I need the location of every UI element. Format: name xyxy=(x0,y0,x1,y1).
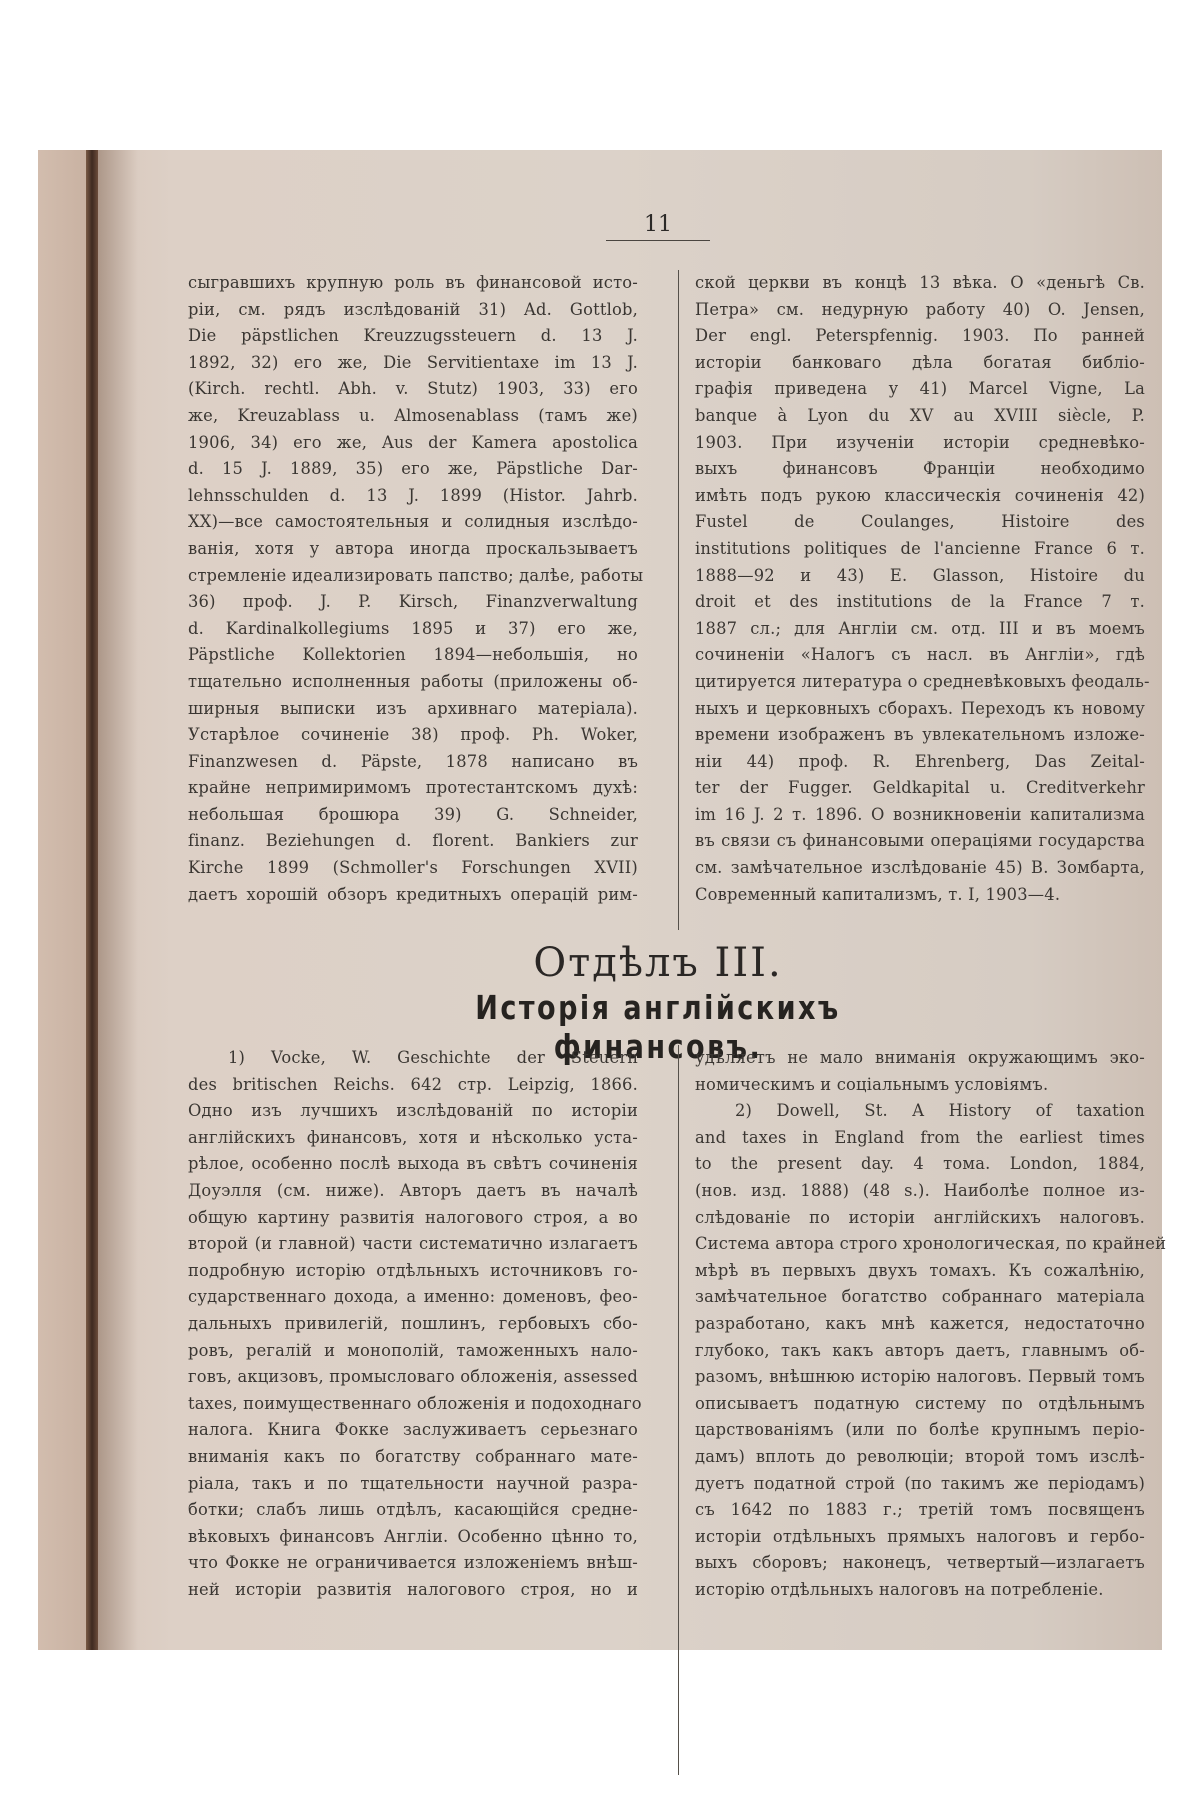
text-line: небольшая брошюра 39) G. Schneider, xyxy=(188,802,638,829)
text-line: 1892, 32) его же, Die Servitientaxe im 1… xyxy=(188,350,638,377)
column-divider-bottom xyxy=(678,1045,679,1775)
bottom-right-column: удѣляетъ не мало вниманія окружающимъ эк… xyxy=(695,1045,1145,1603)
text-line: im 16 J. 2 т. 1896. О возникновеніи капи… xyxy=(695,802,1145,829)
left-page-edge xyxy=(38,150,86,1650)
text-line: 1888—92 и 43) E. Glasson, Histoire du xyxy=(695,563,1145,590)
column-divider-top xyxy=(678,270,679,930)
top-right-column: ской церкви въ концѣ 13 вѣка. О «деньгѣ … xyxy=(695,270,1145,908)
text-line: ныхъ и церковныхъ сборахъ. Переходъ къ н… xyxy=(695,696,1145,723)
text-line: and taxes in England from the earliest t… xyxy=(695,1125,1145,1152)
text-line: Система автора строго хронологическая, п… xyxy=(695,1231,1145,1258)
text-line: Die päpstlichen Kreuzzugssteuern d. 13 J… xyxy=(188,323,638,350)
text-line: XX)—все самостоятельныя и солидныя изслѣ… xyxy=(188,509,638,536)
text-line: второй (и главной) части систематично из… xyxy=(188,1231,638,1258)
text-line: ніи 44) проф. R. Ehrenberg, Das Zeital- xyxy=(695,749,1145,776)
text-line: Одно изъ лучшихъ изслѣдованій по исторіи xyxy=(188,1098,638,1125)
text-line: Петра» см. недурную работу 40) O. Jensen… xyxy=(695,297,1145,324)
text-line: finanz. Beziehungen d. florent. Bankiers… xyxy=(188,828,638,855)
text-line: ріи, см. рядъ изслѣдованій 31) Ad. Gottl… xyxy=(188,297,638,324)
text-line: англійскихъ финансовъ, хотя и нѣсколько … xyxy=(188,1125,638,1152)
page-number: 11 xyxy=(606,212,710,237)
text-line: что Фокке не ограничивается изложеніемъ … xyxy=(188,1550,638,1577)
text-line: же, Kreuzablass u. Almosenablass (тамъ ж… xyxy=(188,403,638,430)
text-line: Доуэлля (см. ниже). Авторъ даетъ въ нача… xyxy=(188,1178,638,1205)
text-line: banque à Lyon du XV au XVIII siècle, P. xyxy=(695,403,1145,430)
text-line: сыгравшихъ крупную роль въ финансовой ис… xyxy=(188,270,638,297)
text-line: ширныя выписки изъ архивнаго матеріала). xyxy=(188,696,638,723)
text-line: (Kirch. rechtl. Abh. v. Stutz) 1903, 33)… xyxy=(188,376,638,403)
text-line: рѣлое, особенно послѣ выхода въ свѣтъ со… xyxy=(188,1151,638,1178)
text-line: царствованіямъ (или по болѣе крупнымъ пе… xyxy=(695,1417,1145,1444)
text-line: стремленіе идеализировать папство; далѣе… xyxy=(188,563,638,590)
text-line: замѣчательное богатство собраннаго матер… xyxy=(695,1284,1145,1311)
text-line: Der engl. Peterspfennig. 1903. По ранней xyxy=(695,323,1145,350)
text-line: дальныхъ привилегій, пошлинъ, гербовыхъ … xyxy=(188,1311,638,1338)
text-line: говъ, акцизовъ, промысловаго обложенія, … xyxy=(188,1364,638,1391)
text-line: въ связи съ финансовыми операціями госуд… xyxy=(695,828,1145,855)
text-line: 1) Vocke, W. Geschichte der Steuern xyxy=(188,1045,638,1072)
text-line: 1906, 34) его же, Aus der Kamera apostol… xyxy=(188,430,638,457)
text-line: разработано, какъ мнѣ кажется, недостато… xyxy=(695,1311,1145,1338)
text-line: слѣдованіе по исторіи англійскихъ налого… xyxy=(695,1205,1145,1232)
text-line: d. 15 J. 1889, 35) его же, Päpstliche Da… xyxy=(188,456,638,483)
text-line: сочиненіи «Налогъ съ насл. въ Англіи», г… xyxy=(695,642,1145,669)
text-line: (нов. изд. 1888) (48 s.). Наиболѣе полно… xyxy=(695,1178,1145,1205)
bottom-left-column: 1) Vocke, W. Geschichte der Steuerndes b… xyxy=(188,1045,638,1603)
text-line: общую картину развитія налогового строя,… xyxy=(188,1205,638,1232)
text-line: Современный капитализмъ, т. I, 1903—4. xyxy=(695,882,1145,909)
text-line: цитируется литература о средневѣковыхъ ф… xyxy=(695,669,1145,696)
text-line: даетъ хорошій обзоръ кредитныхъ операцій… xyxy=(188,882,638,909)
text-line: droit et des institutions de la France 7… xyxy=(695,589,1145,616)
section-title: Отдѣлъ III. xyxy=(348,940,968,986)
text-line: мѣрѣ въ первыхъ двухъ томахъ. Къ сожалѣн… xyxy=(695,1258,1145,1285)
text-line: подробную исторію отдѣльныхъ источниковъ… xyxy=(188,1258,638,1285)
text-line: Kirche 1899 (Schmoller's Forschungen XVI… xyxy=(188,855,638,882)
text-line: institutions politiques de l'ancienne Fr… xyxy=(695,536,1145,563)
text-line: разомъ, внѣшнюю исторію налоговъ. Первый… xyxy=(695,1364,1145,1391)
text-line: ріала, такъ и по тщательности научной ра… xyxy=(188,1471,638,1498)
text-line: вниманія какъ по богатству собраннаго ма… xyxy=(188,1444,638,1471)
text-line: ter der Fugger. Geldkapital u. Creditver… xyxy=(695,775,1145,802)
text-line: исторіи банковаго дѣла богатая библіо- xyxy=(695,350,1145,377)
text-line: исторіи отдѣльныхъ прямыхъ налоговъ и ге… xyxy=(695,1524,1145,1551)
text-line: налога. Книга Фокке заслуживаетъ серьезн… xyxy=(188,1417,638,1444)
text-line: Finanzwesen d. Päpste, 1878 написано въ xyxy=(188,749,638,776)
text-line: времени изображенъ въ увлекательномъ изл… xyxy=(695,722,1145,749)
text-line: графія приведена у 41) Marcel Vigne, La xyxy=(695,376,1145,403)
text-line: 1903. При изученіи исторіи средневѣко- xyxy=(695,430,1145,457)
text-line: ней исторіи развитія налогового строя, н… xyxy=(188,1577,638,1604)
text-line: исторію отдѣльныхъ налоговъ на потреблен… xyxy=(695,1577,1145,1604)
text-line: сударственнаго дохода, а именно: доменов… xyxy=(188,1284,638,1311)
text-line: удѣляетъ не мало вниманія окружающимъ эк… xyxy=(695,1045,1145,1072)
text-line: taxes, поимущественнаго обложенія и подо… xyxy=(188,1391,638,1418)
text-line: 1887 сл.; для Англіи см. отд. III и въ м… xyxy=(695,616,1145,643)
top-left-column: сыгравшихъ крупную роль въ финансовой ис… xyxy=(188,270,638,908)
text-line: 36) проф. J. P. Kirsch, Finanzverwaltung xyxy=(188,589,638,616)
text-line: см. замѣчательное изслѣдованіе 45) В. Зо… xyxy=(695,855,1145,882)
text-line: номическимъ и соціальнымъ условіямъ. xyxy=(695,1072,1145,1099)
text-line: тщательно исполненныя работы (приложены … xyxy=(188,669,638,696)
book-page-photo: 11 сыгравшихъ крупную роль въ финансовой… xyxy=(38,150,1162,1650)
text-line: имѣть подъ рукою классическія сочиненія … xyxy=(695,483,1145,510)
text-line: d. Kardinalkollegiums 1895 и 37) его же, xyxy=(188,616,638,643)
text-line: дамъ) вплоть до революціи; второй томъ и… xyxy=(695,1444,1145,1471)
text-line: вѣковыхъ финансовъ Англіи. Особенно цѣнн… xyxy=(188,1524,638,1551)
text-line: lehnsschulden d. 13 J. 1899 (Histor. Jah… xyxy=(188,483,638,510)
text-line: ской церкви въ концѣ 13 вѣка. О «деньгѣ … xyxy=(695,270,1145,297)
text-line: Päpstliche Kollektorien 1894—небольшія, … xyxy=(188,642,638,669)
text-line: описываетъ податную систему по отдѣльным… xyxy=(695,1391,1145,1418)
text-line: 2) Dowell, St. A History of taxation xyxy=(695,1098,1145,1125)
text-line: выхъ сборовъ; наконецъ, четвертый—излага… xyxy=(695,1550,1145,1577)
text-line: des britischen Reichs. 642 стр. Leipzig,… xyxy=(188,1072,638,1099)
text-line: выхъ финансовъ Франціи необходимо xyxy=(695,456,1145,483)
text-line: to the present day. 4 тома. London, 1884… xyxy=(695,1151,1145,1178)
text-line: крайне непримиримомъ протестантскомъ дух… xyxy=(188,775,638,802)
text-line: дуетъ податной строй (по такимъ же періо… xyxy=(695,1471,1145,1498)
text-line: Fustel de Coulanges, Histoire des xyxy=(695,509,1145,536)
text-line: ботки; слабъ лишь отдѣлъ, касающійся сре… xyxy=(188,1497,638,1524)
text-line: Устарѣлое сочиненіе 38) проф. Ph. Woker, xyxy=(188,722,638,749)
page-number-rule xyxy=(606,240,710,241)
text-line: ровъ, регалій и монополій, таможенныхъ н… xyxy=(188,1338,638,1365)
gutter-shadow xyxy=(98,150,138,1650)
text-line: глубоко, такъ какъ авторъ даетъ, главным… xyxy=(695,1338,1145,1365)
text-line: ванія, хотя у автора иногда проскальзыва… xyxy=(188,536,638,563)
book-gutter xyxy=(86,150,98,1650)
text-line: съ 1642 по 1883 г.; третій томъ посвящен… xyxy=(695,1497,1145,1524)
